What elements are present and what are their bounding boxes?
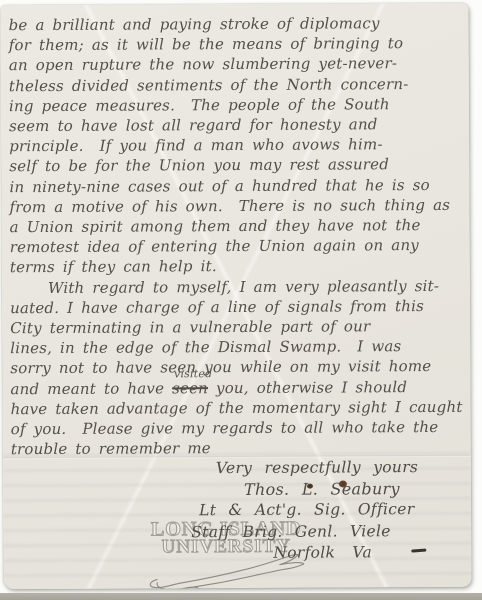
handwriting-line: from a motive of his own. There is no su… [9, 195, 464, 218]
scan-edge-band [0, 593, 482, 600]
handwriting-line: for them; as it will be the means of bri… [9, 33, 464, 56]
letter-body: be a brilliant and paying stroke of dipl… [9, 13, 466, 460]
handwriting-line: theless divided sentiments of the North … [9, 73, 464, 96]
handwriting-line: principle. If you find a man who avows h… [9, 134, 464, 157]
handwriting-line: With regard to myself, I am very pleasan… [10, 275, 465, 298]
handwriting-line: terms if they can help it. [10, 255, 465, 278]
staff-line: Staff Brig. Genl. Viele [11, 520, 466, 544]
handwriting-line: City terminating in a vulnerable part of… [10, 316, 465, 339]
handwriting-line: remotest idea of entering the Union agai… [10, 235, 465, 258]
letter-page: LONG ISLAND UNIVERSITY be a brilliant an… [0, 3, 471, 589]
handwriting-line: seem to have lost all regard for honesty… [9, 114, 464, 137]
salutation-line: Very respectfully yours [11, 457, 466, 481]
handwriting-line: an open rupture the now slumbering yet-n… [9, 53, 464, 76]
struck-out-word: seenvisited [172, 379, 208, 397]
ink-blot [339, 480, 347, 487]
handwriting-line: sorry not to have seen you while on my v… [10, 356, 465, 379]
handwriting-line: self to be for the Union you may rest as… [9, 154, 464, 177]
scanned-letter-page: { "letter": { "lines": [ { "text": "be a… [0, 0, 482, 600]
handwriting-line: of you. Please give my regards to all wh… [11, 417, 466, 440]
place-line: Norfolk Va [11, 542, 466, 566]
handwriting-line: and meant to have seenvisited you, other… [10, 376, 465, 399]
handwriting-line: be a brilliant and paying stroke of dipl… [9, 13, 464, 36]
handwriting-line: lines, in the edge of the Dismal Swamp. … [10, 336, 465, 359]
closing-block: Very respectfully yours Thos. L. Seabury… [11, 457, 467, 565]
handwriting-line: in ninety-nine cases out of a hundred th… [9, 174, 464, 197]
handwriting-line: a Union spirit among them and they have … [10, 215, 465, 238]
handwriting-line: have taken advantage of the momentary si… [11, 397, 466, 420]
rank-line: Lt & Act'g. Sig. Officer [11, 499, 466, 523]
ink-blot [307, 484, 313, 489]
signature-line: Thos. L. Seabury [11, 478, 466, 502]
inserted-word: visited [174, 368, 212, 379]
handwriting-line: ing peace measures. The people of the So… [9, 94, 464, 117]
handwriting-line: uated. I have charge of a line of signal… [10, 296, 465, 319]
